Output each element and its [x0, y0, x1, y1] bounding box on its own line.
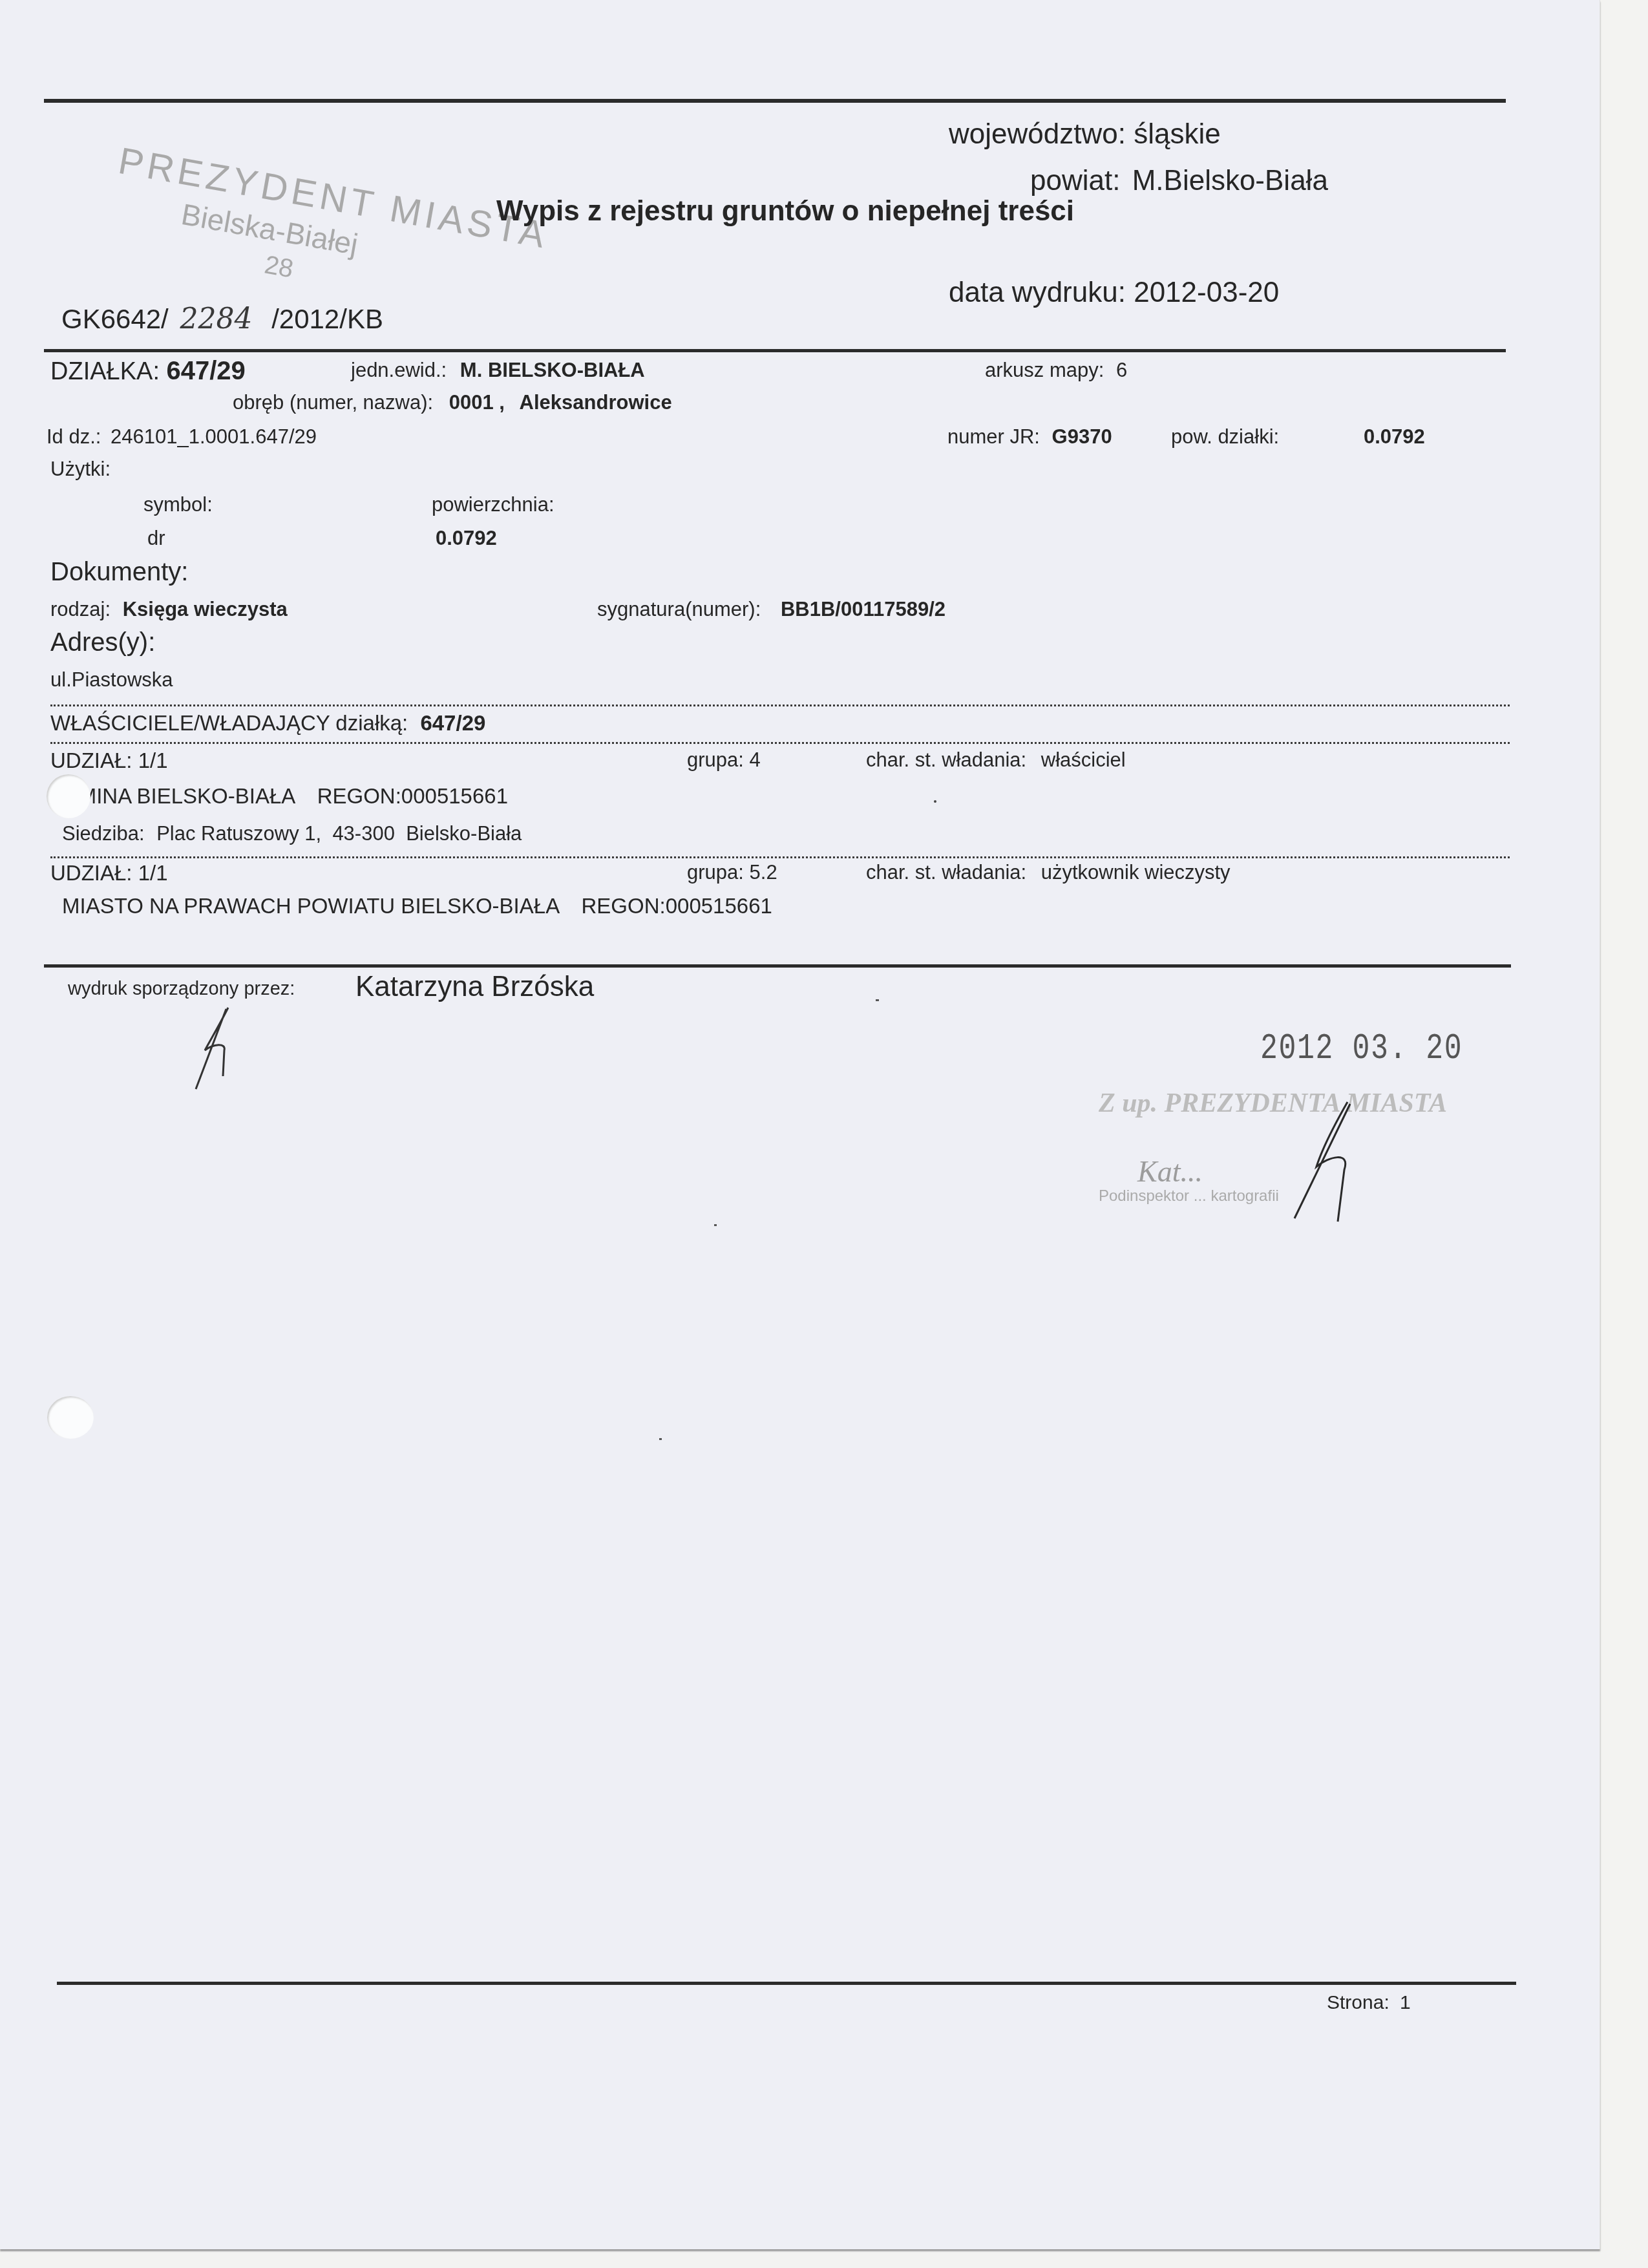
owner-1-seat-value: Plac Ratuszowy 1, 43-300 Bielsko-Biała	[156, 822, 522, 845]
owner-1-tenure-value: właściciel	[1041, 748, 1126, 771]
prepared-by-value: Katarzyna Brzóska	[355, 971, 594, 1003]
map-sheet-value: 6	[1116, 359, 1127, 381]
owner-1-regon: REGON:000515661	[317, 784, 508, 808]
speck	[934, 800, 936, 803]
page-footer-rule	[57, 1982, 1516, 1985]
parcel-id-label: Id dz.:	[47, 425, 101, 448]
documents-label: Dokumenty:	[50, 558, 188, 587]
document-signature-label: sygnatura(numer):	[597, 598, 761, 620]
owner-1-seat-label: Siedziba:	[62, 822, 145, 845]
parcel-area-label: pow. działki:	[1171, 425, 1279, 449]
owner-1-name-row: GMINA BIELSKO-BIAŁA REGON:000515661	[62, 784, 508, 809]
county-label: powiat:	[1030, 165, 1120, 196]
print-date-row: data wydruku: 2012-03-20	[949, 277, 1279, 309]
land-use-area: 0.0792	[436, 527, 497, 550]
date-stamp: 2012 03. 20	[1260, 1028, 1463, 1069]
owner-2-group-label: grupa:	[687, 861, 744, 884]
reference-number: GK6642/ 2284 /2012/KB	[61, 302, 383, 335]
unit-row: jedn.ewid.: M. BIELSKO-BIAŁA	[351, 359, 645, 382]
document-type-value: Księga wieczysta	[123, 598, 288, 620]
document-type-row: rodzaj: Księga wieczysta	[50, 598, 288, 621]
parcel-label: DZIAŁKA:	[50, 358, 160, 385]
land-area-header: powierzchnia:	[432, 493, 555, 516]
speck	[714, 1224, 717, 1226]
owner-2-regon: REGON:000515661	[582, 894, 772, 918]
jr-row: numer JR: G9370	[947, 425, 1112, 449]
unit-value: M. BIELSKO-BIAŁA	[460, 359, 645, 381]
voivodeship-value: śląskie	[1134, 118, 1221, 150]
owners-header-parcel: 647/29	[420, 711, 485, 735]
voivodeship-row: województwo: śląskie	[949, 118, 1221, 151]
owner-2-share-value: 1/1	[138, 861, 168, 885]
address-item: ul.Piastowska	[50, 668, 173, 692]
owner-2-share-label: UDZIAŁ:	[50, 861, 132, 885]
speck	[876, 999, 879, 1001]
authority-stamp-line1: Z up. PREZYDENTA MIASTA	[1099, 1088, 1447, 1119]
document-type-label: rodzaj:	[50, 598, 111, 620]
land-use-label: Użytki:	[50, 458, 111, 481]
owner-2-name-row: MIASTO NA PRAWACH POWIATU BIELSKO-BIAŁA …	[62, 894, 772, 918]
land-use-symbol: dr	[147, 527, 165, 550]
document-title: Wypis z rejestru gruntów o niepełnej tre…	[496, 195, 1074, 228]
authority-stamp: Z up. PREZYDENTA MIASTA Kat... Podinspek…	[1099, 1088, 1447, 1205]
speck	[659, 1438, 662, 1440]
parcel-row: DZIAŁKA: 647/29	[50, 357, 246, 386]
top-rule	[44, 99, 1506, 103]
owner-1-share: UDZIAŁ: 1/1	[50, 748, 168, 773]
addresses-label: Adres(y):	[50, 628, 155, 657]
precinct-label: obręb (numer, nazwa):	[233, 391, 433, 414]
divider-owner-1	[50, 742, 1510, 744]
reference-handwritten: 2284	[180, 302, 252, 335]
reference-suffix: /2012/KB	[271, 304, 383, 334]
footer-rule	[44, 964, 1511, 968]
unit-label: jedn.ewid.:	[351, 359, 447, 381]
owner-1-seat-row: Siedziba: Plac Ratuszowy 1, 43-300 Biels…	[62, 822, 522, 845]
owner-2-group-value: 5.2	[750, 861, 777, 884]
owner-1-share-label: UDZIAŁ:	[50, 748, 132, 772]
parcel-number: 647/29	[167, 357, 246, 385]
scanned-page: PREZYDENT MIASTA Bielska-Białej 28 wojew…	[0, 0, 1600, 2249]
print-date-label: data wydruku:	[949, 277, 1126, 308]
page-number: Strona: 1	[1327, 1992, 1411, 2014]
signature-preparer-icon	[191, 1005, 242, 1096]
office-stamp: PREZYDENT MIASTA Bielska-Białej 28	[103, 139, 551, 326]
parcel-id-row: Id dz.: 246101_1.0001.647/29	[47, 425, 317, 449]
map-sheet-label: arkusz mapy:	[985, 359, 1104, 381]
header-rule	[44, 349, 1506, 352]
owners-header: WŁAŚCICIELE/WŁADAJĄCY działką: 647/29	[50, 711, 485, 736]
owner-1-name: GMINA BIELSKO-BIAŁA	[62, 784, 294, 808]
page-label: Strona:	[1327, 1992, 1389, 2013]
page-value: 1	[1400, 1992, 1411, 2013]
authority-stamp-line3: Podinspektor ... kartografii	[1099, 1187, 1447, 1205]
punch-hole-top	[47, 774, 90, 818]
precinct-name: Aleksandrowice	[520, 391, 672, 414]
owner-1-group: grupa: 4	[687, 748, 761, 772]
parcel-area-value: 0.0792	[1364, 425, 1425, 449]
owner-1-group-value: 4	[750, 748, 761, 771]
county-value: M.Bielsko-Biała	[1132, 165, 1328, 196]
county-row: powiat: M.Bielsko-Biała	[1030, 165, 1328, 197]
precinct-number: 0001 ,	[449, 391, 505, 414]
divider-owners-top	[50, 705, 1510, 706]
owner-2-name: MIASTO NA PRAWACH POWIATU BIELSKO-BIAŁA	[62, 894, 558, 918]
owner-2-tenure: char. st. władania: użytkownik wieczysty	[866, 861, 1231, 884]
owner-2-share: UDZIAŁ: 1/1	[50, 861, 168, 885]
owner-2-group: grupa: 5.2	[687, 861, 777, 884]
voivodeship-label: województwo:	[949, 118, 1126, 150]
parcel-id-value: 246101_1.0001.647/29	[111, 425, 317, 448]
owner-1-tenure: char. st. władania: właściciel	[866, 748, 1126, 772]
owner-1-tenure-label: char. st. władania:	[866, 748, 1026, 771]
symbol-header: symbol:	[143, 493, 213, 516]
document-signature-value: BB1B/00117589/2	[781, 598, 945, 620]
document-signature-row: sygnatura(numer): BB1B/00117589/2	[597, 598, 945, 621]
jr-value: G9370	[1052, 425, 1112, 448]
punch-hole-bottom	[47, 1396, 94, 1439]
divider-owner-2	[50, 856, 1510, 858]
signature-authorizer-icon	[1283, 1099, 1373, 1228]
owner-1-group-label: grupa:	[687, 748, 744, 771]
precinct-row: obręb (numer, nazwa): 0001 , Aleksandrow…	[233, 391, 672, 414]
owners-header-label: WŁAŚCICIELE/WŁADAJĄCY działką:	[50, 711, 408, 735]
print-date-value: 2012-03-20	[1134, 277, 1279, 308]
map-sheet-row: arkusz mapy: 6	[985, 359, 1127, 382]
owner-2-tenure-label: char. st. władania:	[866, 861, 1026, 884]
prepared-by-label: wydruk sporządzony przez:	[68, 979, 295, 1000]
owner-1-share-value: 1/1	[138, 748, 168, 772]
jr-label: numer JR:	[947, 425, 1040, 448]
reference-prefix: GK6642/	[61, 304, 169, 334]
owner-2-tenure-value: użytkownik wieczysty	[1041, 861, 1231, 884]
